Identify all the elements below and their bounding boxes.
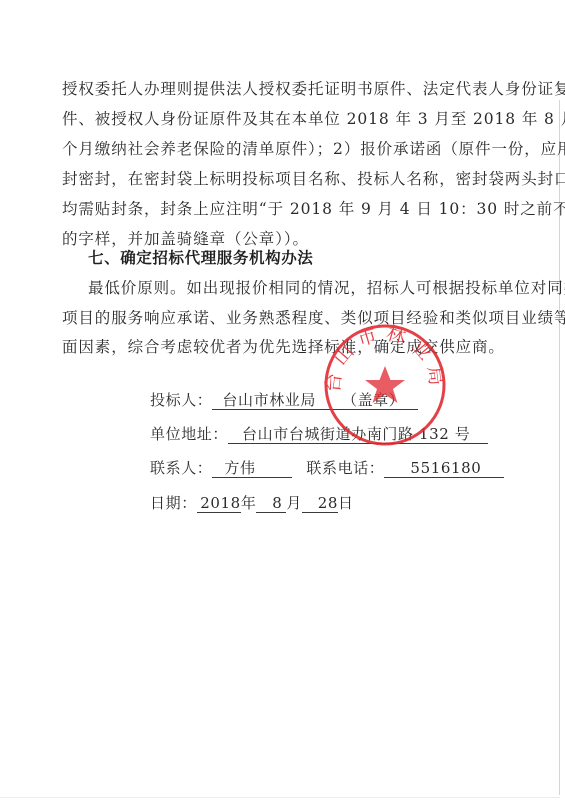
seal-text: 台山市林业局 bbox=[322, 322, 448, 393]
contact-label: 联系人： bbox=[150, 459, 212, 477]
paragraph-line: 项目的服务响应承诺、业务熟悉程度、类似项目经验和类似项目业绩等方 bbox=[62, 309, 565, 327]
phone-label: 联系电话： bbox=[306, 459, 384, 477]
contact-value: 方伟 bbox=[212, 460, 255, 477]
paragraph-line: 授权委托人办理则提供法人授权委托证明书原件、法定代表人身份证复印 bbox=[62, 80, 565, 98]
contact-field: 方伟 bbox=[212, 460, 292, 478]
address-value: 台山市台城街道办南门路 132 号 bbox=[228, 426, 470, 443]
date-month-field: 8 bbox=[256, 495, 286, 513]
address-field: 台山市台城街道办南门路 132 号 bbox=[228, 426, 488, 444]
section-heading: 七、确定招标代理服务机构办法 bbox=[88, 249, 313, 267]
paragraph-line: 个月缴纳社会养老保险的清单原件）；2）报价承诺函（原件一份，应用信 bbox=[62, 140, 565, 158]
paragraph-line: 封密封，在密封袋上标明投标项目名称、投标人名称，密封袋两头封口处 bbox=[62, 170, 565, 188]
date-day-unit: 日 bbox=[338, 494, 354, 512]
date-label: 日期： bbox=[150, 494, 197, 512]
date-month-unit: 月 bbox=[286, 494, 302, 512]
phone-field: 5516180 bbox=[384, 460, 504, 478]
bidder-row: 投标人：台山市林业局（盖章） bbox=[150, 391, 418, 410]
bidder-field: 台山市林业局（盖章） bbox=[212, 392, 418, 410]
date-day-field: 28 bbox=[302, 495, 338, 513]
date-month: 8 bbox=[272, 495, 286, 512]
phone-value: 5516180 bbox=[384, 460, 481, 477]
paragraph-line: 最低价原则。如出现报价相同的情况，招标人可根据投标单位对同类 bbox=[88, 279, 565, 297]
date-year: 2018 bbox=[200, 495, 241, 512]
paragraph-line: 面因素，综合考虑较优者为优先选择标准，确定成交供应商。 bbox=[62, 338, 505, 356]
paragraph-line: 的字样，并加盖骑缝章（公章））。 bbox=[62, 230, 309, 248]
address-label: 单位地址： bbox=[150, 425, 228, 443]
address-row: 单位地址：台山市台城街道办南门路 132 号 bbox=[150, 425, 488, 444]
bidder-value: 台山市林业局 bbox=[212, 392, 316, 409]
paragraph-line: 件、被授权人身份证原件及其在本单位 2018 年 3 月至 2018 年 8 月… bbox=[62, 110, 565, 128]
date-year-unit: 年 bbox=[241, 494, 257, 512]
paragraph-line: 均需贴封条，封条上应注明“于 2018 年 9 月 4 日 10：30 时之前不… bbox=[62, 200, 565, 218]
date-row: 日期：2018年8月28日 bbox=[150, 494, 354, 513]
date-day: 28 bbox=[318, 495, 338, 512]
date-year-field: 2018 bbox=[197, 495, 241, 513]
bidder-label: 投标人： bbox=[150, 391, 212, 409]
seal-note: （盖章） bbox=[342, 392, 404, 409]
scan-edge-divider bbox=[0, 797, 560, 798]
document-page: 授权委托人办理则提供法人授权委托证明书原件、法定代表人身份证复印 件、被授权人身… bbox=[0, 0, 565, 800]
contact-row: 联系人：方伟联系电话：5516180 bbox=[150, 459, 504, 478]
